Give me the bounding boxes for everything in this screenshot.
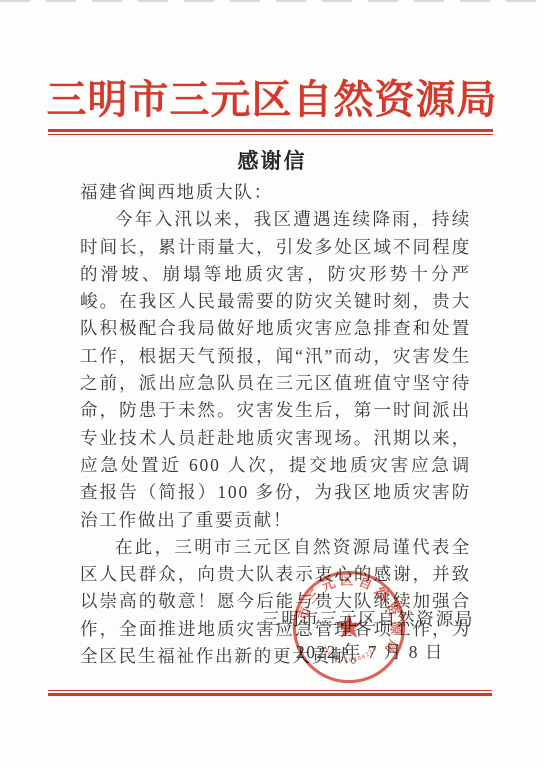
scan-artifact-edge [0,0,544,2]
seal-org-text: 三明市三元区自然资源局 [291,568,404,660]
letterhead-title: 三明市三元区自然资源局 [0,68,544,125]
salutation: 福建省闽西地质大队： [80,179,471,206]
official-seal-stamp: 三明市三元区自然资源局 35040110000221 [291,568,407,686]
letter-body: 福建省闽西地质大队： 今年入汛以来，我区遭遇连续降雨，持续时间长，累计雨量大，引… [80,179,471,670]
body-paragraph: 今年入汛以来，我区遭遇连续降雨，持续时间长，累计雨量大，引发多处区域不同程度的滑… [80,206,471,534]
svg-text:三明市三元区自然资源局: 三明市三元区自然资源局 [291,568,404,660]
document-title: 感谢信 [0,145,544,175]
letter-page: 三明市三元区自然资源局 感谢信 福建省闽西地质大队： 今年入汛以来，我区遭遇连续… [0,0,544,768]
footer-divider [48,690,492,696]
seal-code-text: 35040110000221 [319,645,378,664]
seal-star-icon [336,613,362,637]
svg-text:35040110000221: 35040110000221 [319,645,378,664]
letterhead-divider [48,129,493,135]
